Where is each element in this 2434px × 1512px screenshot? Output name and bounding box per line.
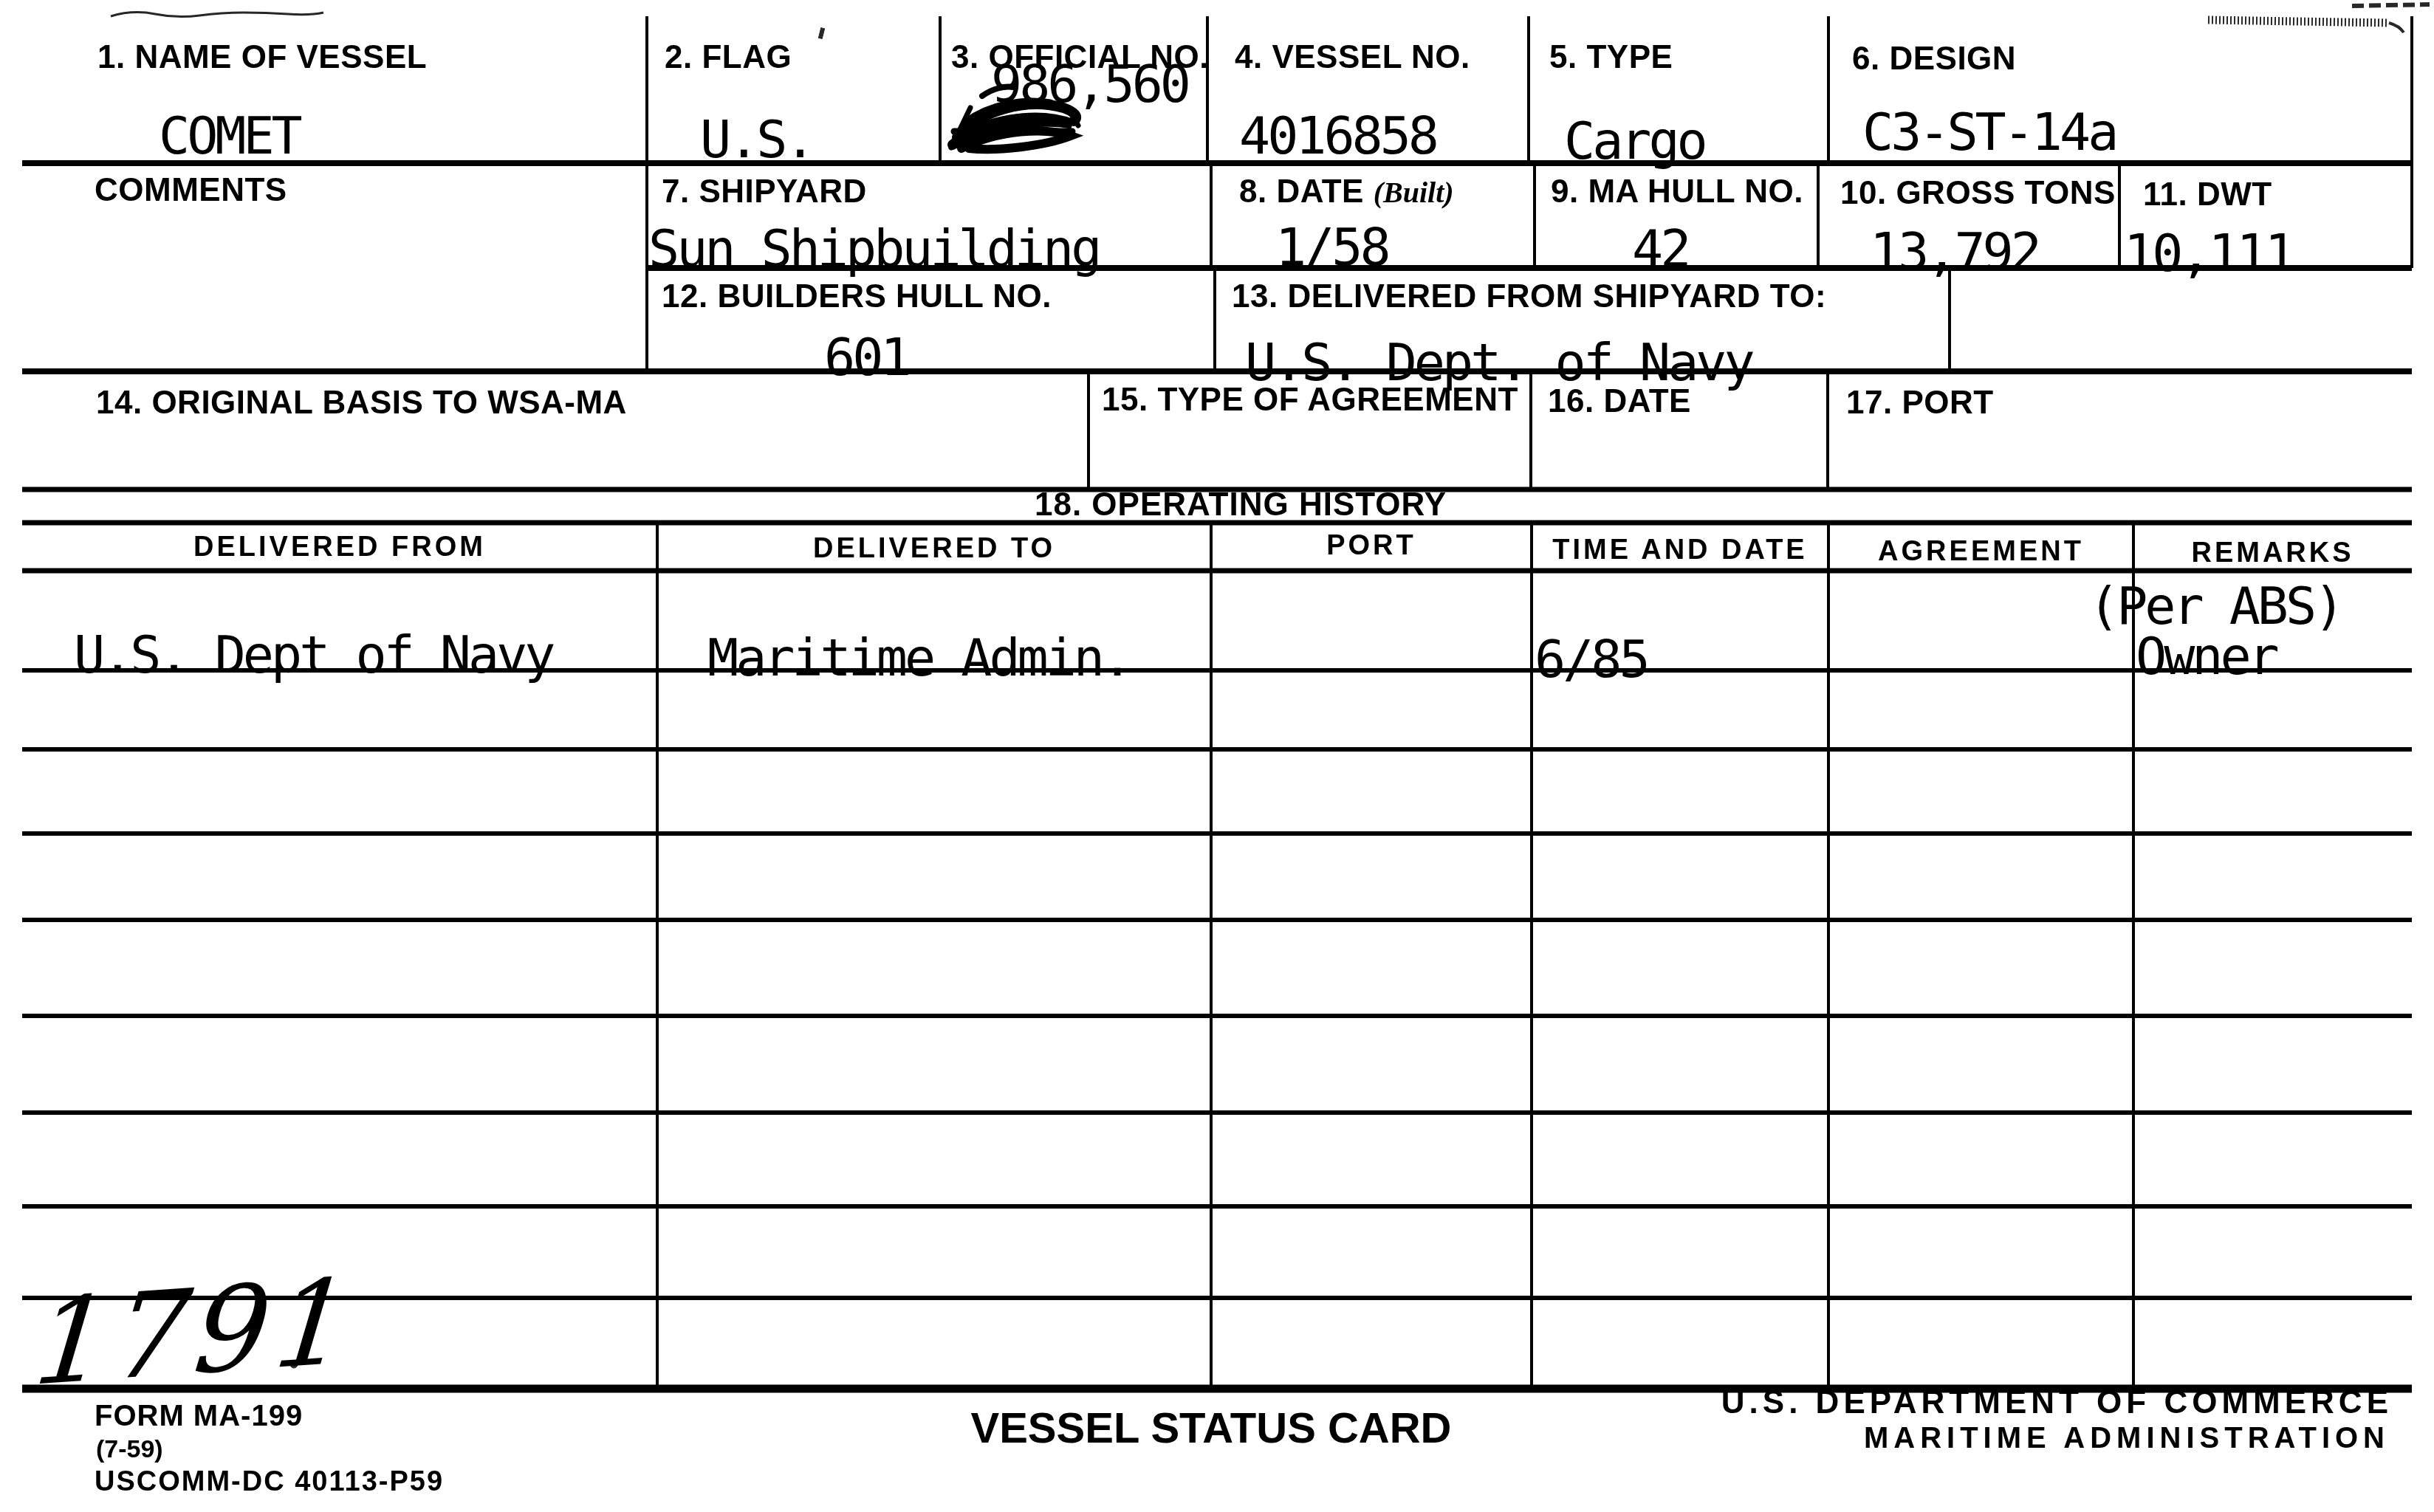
field-value-name-of-vessel: COMET — [159, 110, 300, 162]
field-value-ma-hull-no: 42 — [1632, 223, 1688, 275]
operating-history-title: 18. OPERATING HISTORY — [1034, 489, 1447, 521]
history-cell-time-and-date: 6/85 — [1535, 633, 1648, 685]
field-label-name-of-vessel: 1. NAME OF VESSEL — [97, 41, 427, 74]
field-label-comments: COMMENTS — [95, 174, 287, 207]
footer-revision: (7-59) — [96, 1437, 163, 1462]
footer-card-title: VESSEL STATUS CARD — [960, 1407, 1462, 1450]
field-label-shipyard: 7. SHIPYARD — [662, 176, 867, 208]
field-value-shipyard: Sun Shipbuilding — [648, 223, 1099, 275]
field-label-ma-hull-no: 9. MA HULL NO. — [1551, 176, 1803, 208]
field-value-design: C3-ST-14a — [1862, 106, 2116, 158]
field-label-dwt: 11. DWT — [2143, 179, 2272, 211]
field-label-delivered-from-shipyard-to: 13. DELIVERED FROM SHIPYARD TO: — [1232, 281, 1826, 313]
field-label-date-built-note: (Built) — [1374, 176, 1454, 209]
history-cell-delivered-to: Maritime Admin. — [707, 632, 1130, 684]
field-label-vessel-no: 4. VESSEL NO. — [1235, 41, 1470, 74]
footer-agency-line1: U.S. DEPARTMENT OF COMMERCE — [1721, 1386, 2393, 1419]
footer-form-number: FORM MA-199 — [95, 1401, 303, 1431]
field-label-date-built: 8. DATE (Built) — [1239, 176, 1454, 208]
handwritten-number: 1791 — [30, 1262, 362, 1403]
history-cell-remarks-line2: Owner — [2136, 630, 2277, 682]
footer-print-code: USCOMM-DC 40113-P59 — [95, 1468, 444, 1496]
column-header-port: PORT — [1211, 532, 1532, 560]
field-value-vessel-no: 4016858 — [1239, 110, 1436, 162]
form-grid-lines — [0, 0, 2434, 1512]
field-label-design: 6. DESIGN — [1852, 43, 2016, 75]
column-header-remarks: REMARKS — [2133, 539, 2412, 567]
field-value-flag: U.S. — [700, 114, 813, 165]
field-label-builders-hull-no: 12. BUILDERS HULL NO. — [662, 281, 1052, 313]
footer-agency-line2: MARITIME ADMINISTRATION — [1864, 1423, 2390, 1453]
history-cell-delivered-from: U.S. Dept of Navy — [74, 629, 552, 681]
column-header-delivered-from: DELIVERED FROM — [22, 533, 657, 561]
field-label-type: 5. TYPE — [1549, 41, 1673, 74]
history-cell-remarks-line1: (Per ABS) — [2088, 580, 2342, 632]
vessel-status-card: 1. NAME OF VESSEL 2. FLAG 3. OFFICIAL NO… — [0, 0, 2434, 1512]
field-label-date-built-text: 8. DATE — [1239, 173, 1364, 210]
column-header-delivered-to: DELIVERED TO — [657, 535, 1211, 563]
field-value-official-no: 986,560 — [991, 58, 1188, 110]
field-value-dwt: 10,111 — [2124, 227, 2293, 279]
column-header-time-and-date: TIME AND DATE — [1532, 536, 1828, 564]
field-value-date-built: 1/58 — [1275, 221, 1388, 273]
field-value-delivered-from-shipyard-to: U.S. Dept. of Navy — [1245, 337, 1752, 388]
field-label-flag: 2. FLAG — [665, 41, 792, 74]
field-label-original-basis: 14. ORIGINAL BASIS TO WSA-MA — [96, 387, 627, 419]
field-label-port: 17. PORT — [1846, 387, 1994, 419]
field-value-builders-hull-no: 601 — [824, 331, 908, 383]
field-value-gross-tons: 13,792 — [1870, 226, 2039, 278]
column-header-agreement: AGREEMENT — [1828, 537, 2133, 566]
field-label-gross-tons: 10. GROSS TONS — [1840, 177, 2116, 210]
field-value-type: Cargo — [1564, 115, 1705, 167]
